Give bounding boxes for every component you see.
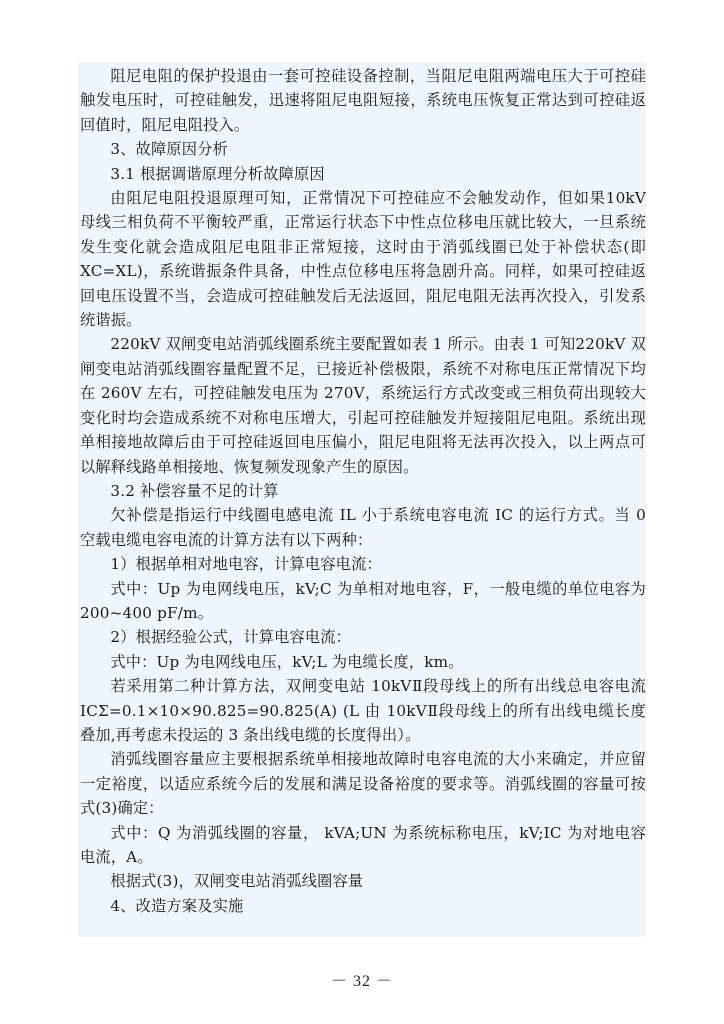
heading-retrofit-plan: 4、改造方案及实施 bbox=[80, 894, 646, 918]
paragraph-capacitive-current-result: 若采用第二种计算方法，双闸变电站 10kVⅡ段母线上的所有出线总电容电流 ICΣ… bbox=[80, 674, 646, 747]
paragraph-under-compensation: 欠补偿是指运行中线圈电感电流 IL 小于系统电容电流 IC 的运行方式。当 0 … bbox=[80, 503, 646, 552]
paragraph-method-1-legend: 式中：Up 为电网线电压，kV;C 为单相对地电容，F，一般电缆的单位电容为 2… bbox=[80, 577, 646, 626]
paragraph-resonance-explanation: 由阻尼电阻投退原理可知，正常情况下可控硅应不会触发动作，但如果10kV 母线三相… bbox=[80, 186, 646, 332]
paragraph-coil-capacity-result: 根据式(3)，双闸变电站消弧线圈容量 bbox=[80, 869, 646, 893]
page-number: － 32 － bbox=[0, 968, 724, 991]
paragraph-substation-config: 220kV 双闸变电站消弧线圈系统主要配置如表 1 所示。由表 1 可知220k… bbox=[80, 332, 646, 478]
heading-3-1-resonance-analysis: 3.1 根据调谐原理分析故障原因 bbox=[80, 162, 646, 186]
document-body: 阻尼电阻的保护投退由一套可控硅设备控制，当阻尼电阻两端电压大于可控硅触发电压时，… bbox=[80, 64, 646, 918]
heading-3-2-compensation-calc: 3.2 补偿容量不足的计算 bbox=[80, 479, 646, 503]
paragraph-coil-capacity-basis: 消弧线圈容量应主要根据系统单相接地故障时电容电流的大小来确定，并应留一定裕度，以… bbox=[80, 747, 646, 820]
paragraph-formula-3-legend: 式中：Q 为消弧线圈的容量， kVA;UN 为系统标称电压，kV;IC 为对地电… bbox=[80, 821, 646, 870]
list-item-method-1: 1）根据单相对地电容，计算电容电流： bbox=[80, 552, 646, 576]
list-item-method-2: 2）根据经验公式，计算电容电流： bbox=[80, 625, 646, 649]
paragraph-method-2-legend: 式中：Up 为电网线电压，kV;L 为电缆长度，km。 bbox=[80, 650, 646, 674]
paragraph-damping-resistor-control: 阻尼电阻的保护投退由一套可控硅设备控制，当阻尼电阻两端电压大于可控硅触发电压时，… bbox=[80, 64, 646, 137]
heading-fault-cause-analysis: 3、故障原因分析 bbox=[80, 137, 646, 161]
